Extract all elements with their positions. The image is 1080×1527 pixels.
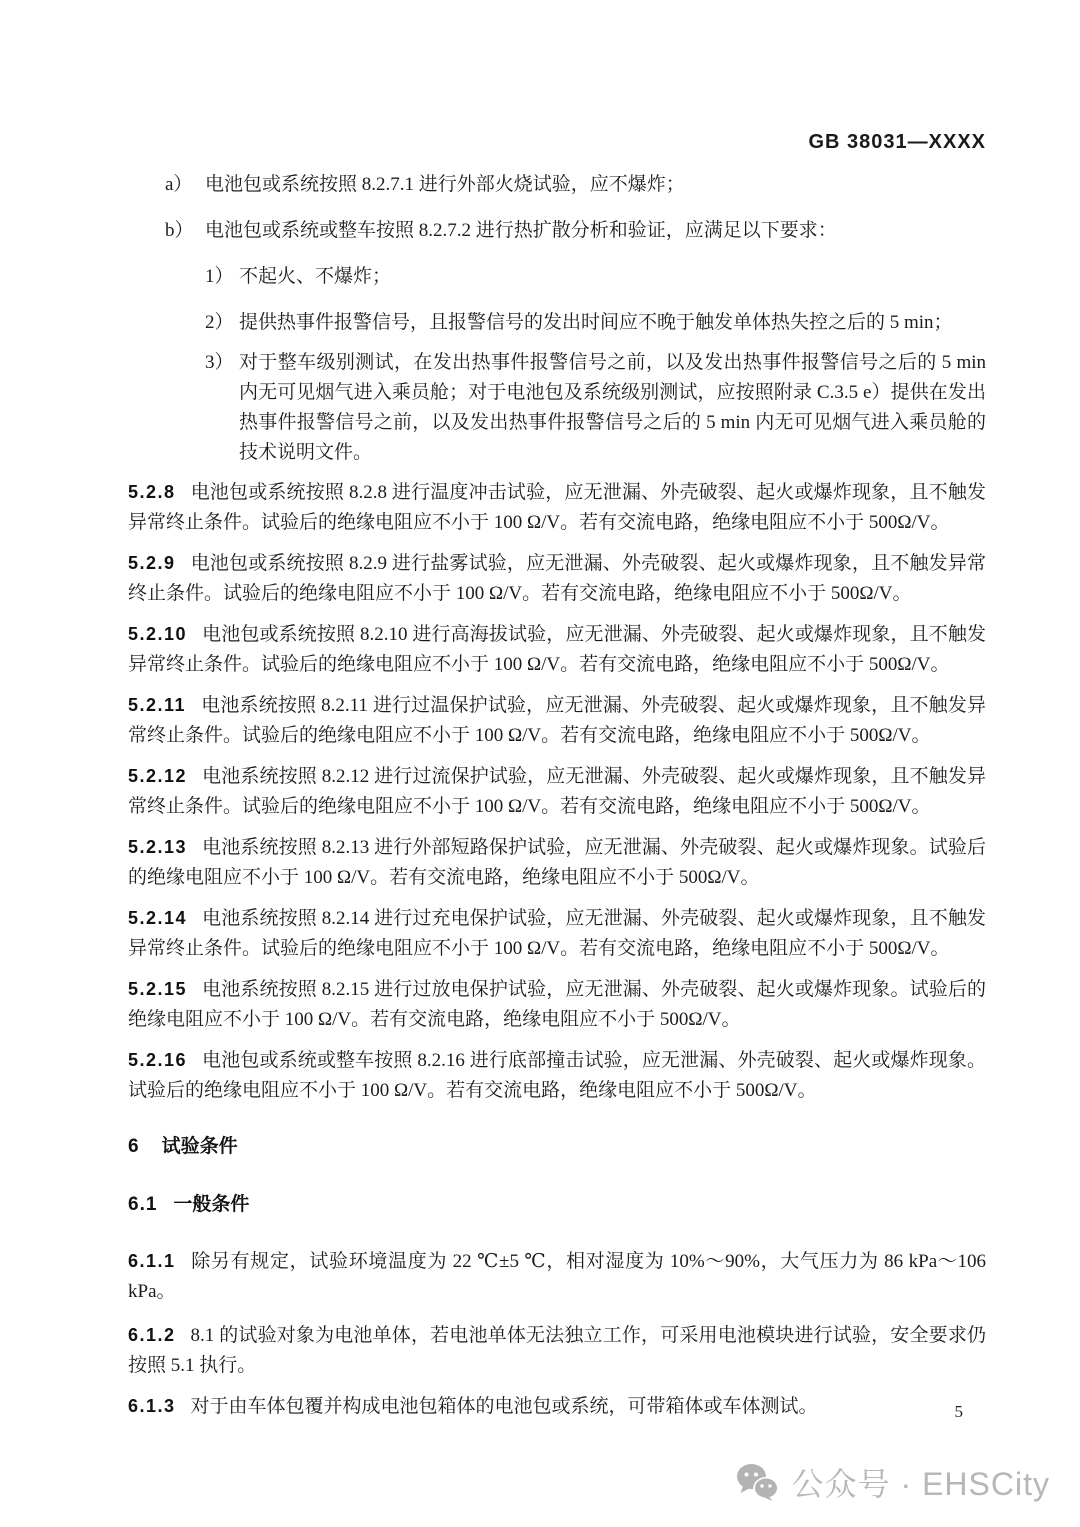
clause-5-2-15-text: 电池系统按照 8.2.15 进行过放电保护试验，应无泄漏、外壳破裂、起火或爆炸现…: [128, 979, 986, 1030]
clause-5-2-13: 5.2.13电池系统按照 8.2.13 进行外部短路保护试验，应无泄漏、外壳破裂…: [128, 832, 986, 893]
wechat-icon: [736, 1463, 779, 1501]
clause-5-2-9-text: 电池包或系统按照 8.2.9 进行盐雾试验，应无泄漏、外壳破裂、起火或爆炸现象，…: [128, 553, 986, 604]
clause-5-2-15: 5.2.15电池系统按照 8.2.15 进行过放电保护试验，应无泄漏、外壳破裂、…: [128, 974, 986, 1035]
sub-item-1: 1） 不起火、不爆炸；: [205, 262, 986, 292]
standard-number: GB 38031—XXXX: [808, 131, 986, 153]
clause-6-1-3-number: 6.1.3: [128, 1396, 176, 1416]
list-item-b: b） 电池包或系统或整车按照 8.2.7.2 进行热扩散分析和验证，应满足以下要…: [165, 216, 986, 246]
section-6-1-title: 一般条件: [173, 1194, 249, 1215]
clause-5-2-11-text: 电池系统按照 8.2.11 进行过温保护试验，应无泄漏、外壳破裂、起火或爆炸现象…: [128, 695, 986, 746]
list-item-a-label: a）: [165, 170, 205, 200]
sub-item-2: 2） 提供热事件报警信号，且报警信号的发出时间应不晚于触发单体热失控之后的 5 …: [205, 308, 986, 338]
clause-5-2-16: 5.2.16电池包或系统或整车按照 8.2.16 进行底部撞击试验，应无泄漏、外…: [128, 1045, 986, 1106]
clause-5-2-15-number: 5.2.15: [128, 979, 187, 999]
section-6-title: 试验条件: [162, 1136, 238, 1157]
clause-5-2-11-number: 5.2.11: [128, 695, 186, 715]
clause-5-2-12-text: 电池系统按照 8.2.12 进行过流保护试验，应无泄漏、外壳破裂、起火或爆炸现象…: [128, 766, 986, 817]
page-header: GB 38031—XXXX: [808, 131, 986, 154]
list-item-a-text: 电池包或系统按照 8.2.7.1 进行外部火烧试验，应不爆炸；: [205, 170, 986, 200]
sub-item-1-text: 不起火、不爆炸；: [239, 262, 986, 292]
clause-5-2-14-number: 5.2.14: [128, 908, 187, 928]
clause-5-2-14: 5.2.14电池系统按照 8.2.14 进行过充电保护试验，应无泄漏、外壳破裂、…: [128, 903, 986, 964]
clause-5-2-16-number: 5.2.16: [128, 1050, 187, 1070]
sub-item-1-label: 1）: [205, 262, 239, 292]
clause-5-2-13-text: 电池系统按照 8.2.13 进行外部短路保护试验，应无泄漏、外壳破裂、起火或爆炸…: [128, 837, 986, 888]
clause-5-2-10-text: 电池包或系统按照 8.2.10 进行高海拔试验，应无泄漏、外壳破裂、起火或爆炸现…: [128, 624, 986, 675]
clause-6-1-3: 6.1.3对于由车体包覆并构成电池包箱体的电池包或系统，可带箱体或车体测试。: [128, 1391, 986, 1422]
sub-item-3: 3） 对于整车级别测试，在发出热事件报警信号之前，以及发出热事件报警信号之后的 …: [205, 348, 986, 468]
clause-5-2-9: 5.2.9电池包或系统按照 8.2.9 进行盐雾试验，应无泄漏、外壳破裂、起火或…: [128, 548, 986, 609]
sub-item-2-label: 2）: [205, 308, 239, 338]
clause-5-2-8: 5.2.8电池包或系统按照 8.2.8 进行温度冲击试验，应无泄漏、外壳破裂、起…: [128, 477, 986, 538]
document-content: a） 电池包或系统按照 8.2.7.1 进行外部火烧试验，应不爆炸； b） 电池…: [128, 170, 986, 1432]
sub-item-3-label: 3）: [205, 348, 239, 468]
clause-6-1-1: 6.1.1除另有规定，试验环境温度为 22 ℃±5 ℃，相对湿度为 10%～90…: [128, 1246, 986, 1307]
clause-5-2-9-number: 5.2.9: [128, 553, 176, 573]
clause-5-2-13-number: 5.2.13: [128, 837, 187, 857]
page-number: 5: [955, 1402, 964, 1422]
clause-5-2-14-text: 电池系统按照 8.2.14 进行过充电保护试验，应无泄漏、外壳破裂、起火或爆炸现…: [128, 908, 986, 959]
clause-5-2-8-text: 电池包或系统按照 8.2.8 进行温度冲击试验，应无泄漏、外壳破裂、起火或爆炸现…: [128, 482, 986, 533]
list-item-a: a） 电池包或系统按照 8.2.7.1 进行外部火烧试验，应不爆炸；: [165, 170, 986, 200]
watermark-label: 公众号 · EHSCity: [792, 1459, 1050, 1505]
clause-6-1-1-text: 除另有规定，试验环境温度为 22 ℃±5 ℃，相对湿度为 10%～90%，大气压…: [128, 1251, 986, 1302]
list-item-b-text: 电池包或系统或整车按照 8.2.7.2 进行热扩散分析和验证，应满足以下要求：: [205, 216, 986, 246]
clause-5-2-10-number: 5.2.10: [128, 624, 187, 644]
sub-item-2-text: 提供热事件报警信号，且报警信号的发出时间应不晚于触发单体热失控之后的 5 min…: [239, 308, 986, 338]
clause-5-2-10: 5.2.10电池包或系统按照 8.2.10 进行高海拔试验，应无泄漏、外壳破裂、…: [128, 619, 986, 680]
document-page: GB 38031—XXXX a） 电池包或系统按照 8.2.7.1 进行外部火烧…: [0, 0, 1080, 1527]
clause-6-1-1-number: 6.1.1: [128, 1251, 176, 1271]
clause-6-1-2: 6.1.28.1 的试验对象为电池单体，若电池单体无法独立工作，可采用电池模块进…: [128, 1320, 986, 1381]
clause-5-2-8-number: 5.2.8: [128, 482, 176, 502]
clause-5-2-12: 5.2.12电池系统按照 8.2.12 进行过流保护试验，应无泄漏、外壳破裂、起…: [128, 761, 986, 822]
section-6-1-number: 6.1: [128, 1194, 157, 1215]
clause-6-1-3-text: 对于由车体包覆并构成电池包箱体的电池包或系统，可带箱体或车体测试。: [191, 1396, 818, 1417]
watermark: 公众号 · EHSCity: [736, 1459, 1050, 1505]
clause-5-2-16-text: 电池包或系统或整车按照 8.2.16 进行底部撞击试验，应无泄漏、外壳破裂、起火…: [128, 1050, 986, 1101]
sub-item-3-text: 对于整车级别测试，在发出热事件报警信号之前，以及发出热事件报警信号之后的 5 m…: [239, 348, 986, 468]
clause-6-1-2-text: 8.1 的试验对象为电池单体，若电池单体无法独立工作，可采用电池模块进行试验，安…: [128, 1325, 986, 1376]
clause-5-2-12-number: 5.2.12: [128, 766, 187, 786]
section-6-number: 6: [128, 1136, 140, 1157]
section-6-1-heading: 6.1一般条件: [128, 1190, 986, 1220]
clause-5-2-11: 5.2.11电池系统按照 8.2.11 进行过温保护试验，应无泄漏、外壳破裂、起…: [128, 690, 986, 751]
list-item-b-label: b）: [165, 216, 205, 246]
section-6-heading: 6试验条件: [128, 1132, 986, 1162]
clause-6-1-2-number: 6.1.2: [128, 1325, 176, 1345]
